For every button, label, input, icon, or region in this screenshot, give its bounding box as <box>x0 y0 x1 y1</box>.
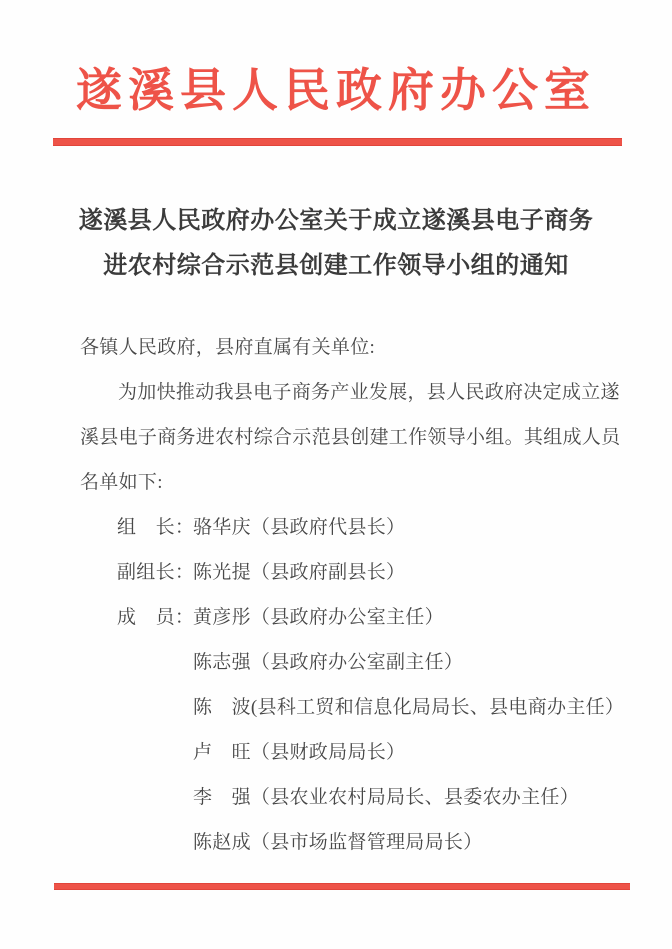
letterhead: 遂溪县人民政府办公室 <box>0 50 672 132</box>
roster-row-leader: 组 长：骆华庆（县政府代县长） <box>80 505 620 550</box>
roster-row-member: 陈赵成（县市场监督管理局局长） <box>80 820 620 865</box>
document-title-line-1: 遂溪县人民政府办公室关于成立遂溪县电子商务 <box>36 199 636 244</box>
roster-row-deputy-leader: 副组长：陈光提（县政府副县长） <box>80 550 620 595</box>
document-page: 遂溪县人民政府办公室 遂溪县人民政府办公室关于成立遂溪县电子商务 进农村综合示范… <box>0 0 672 949</box>
roster-row-member: 陈志强（县政府办公室副主任） <box>80 640 620 685</box>
salutation: 各镇人民政府，县府直属有关单位: <box>80 325 620 370</box>
roster-text: 卢 旺（县财政局局长） <box>193 742 405 763</box>
roster-label: 副组长： <box>117 550 193 595</box>
roster-text: 陈志强（县政府办公室副主任） <box>193 652 463 673</box>
roster-text: 陈赵成（县市场监督管理局局长） <box>193 832 483 853</box>
paragraph-line: 溪县电子商务进农村综合示范县创建工作领导小组。其组成人员 <box>80 415 620 460</box>
roster-text: 陈 波(县科工贸和信息化局局长、县电商办主任） <box>193 697 624 718</box>
document-title: 遂溪县人民政府办公室关于成立遂溪县电子商务 进农村综合示范县创建工作领导小组的通… <box>36 199 636 289</box>
document-title-line-2: 进农村综合示范县创建工作领导小组的通知 <box>36 244 636 289</box>
document-body: 各镇人民政府，县府直属有关单位: 为加快推动我县电子商务产业发展，县人民政府决定… <box>80 325 620 865</box>
roster-label: 组 长： <box>117 505 193 550</box>
roster-text: 骆华庆（县政府代县长） <box>193 517 405 538</box>
roster-label: 成 员： <box>117 595 193 640</box>
roster-row-member: 成 员：黄彦彤（县政府办公室主任） <box>80 595 620 640</box>
header-divider <box>53 138 622 146</box>
roster-text: 李 强（县农业农村局局长、县委农办主任） <box>193 787 579 808</box>
footer-divider <box>54 883 630 890</box>
roster-row-member: 李 强（县农业农村局局长、县委农办主任） <box>80 775 620 820</box>
agency-name: 遂溪县人民政府办公室 <box>76 50 596 132</box>
roster-row-member: 卢 旺（县财政局局长） <box>80 730 620 775</box>
roster-row-member: 陈 波(县科工贸和信息化局局长、县电商办主任） <box>80 685 620 730</box>
roster-text: 黄彦彤（县政府办公室主任） <box>193 607 444 628</box>
roster-text: 陈光提（县政府副县长） <box>193 562 405 583</box>
paragraph-line: 名单如下: <box>80 460 620 505</box>
roster: 组 长：骆华庆（县政府代县长） 副组长：陈光提（县政府副县长） 成 员：黄彦彤（… <box>80 505 620 865</box>
paragraph-line: 为加快推动我县电子商务产业发展，县人民政府决定成立遂 <box>80 370 620 415</box>
